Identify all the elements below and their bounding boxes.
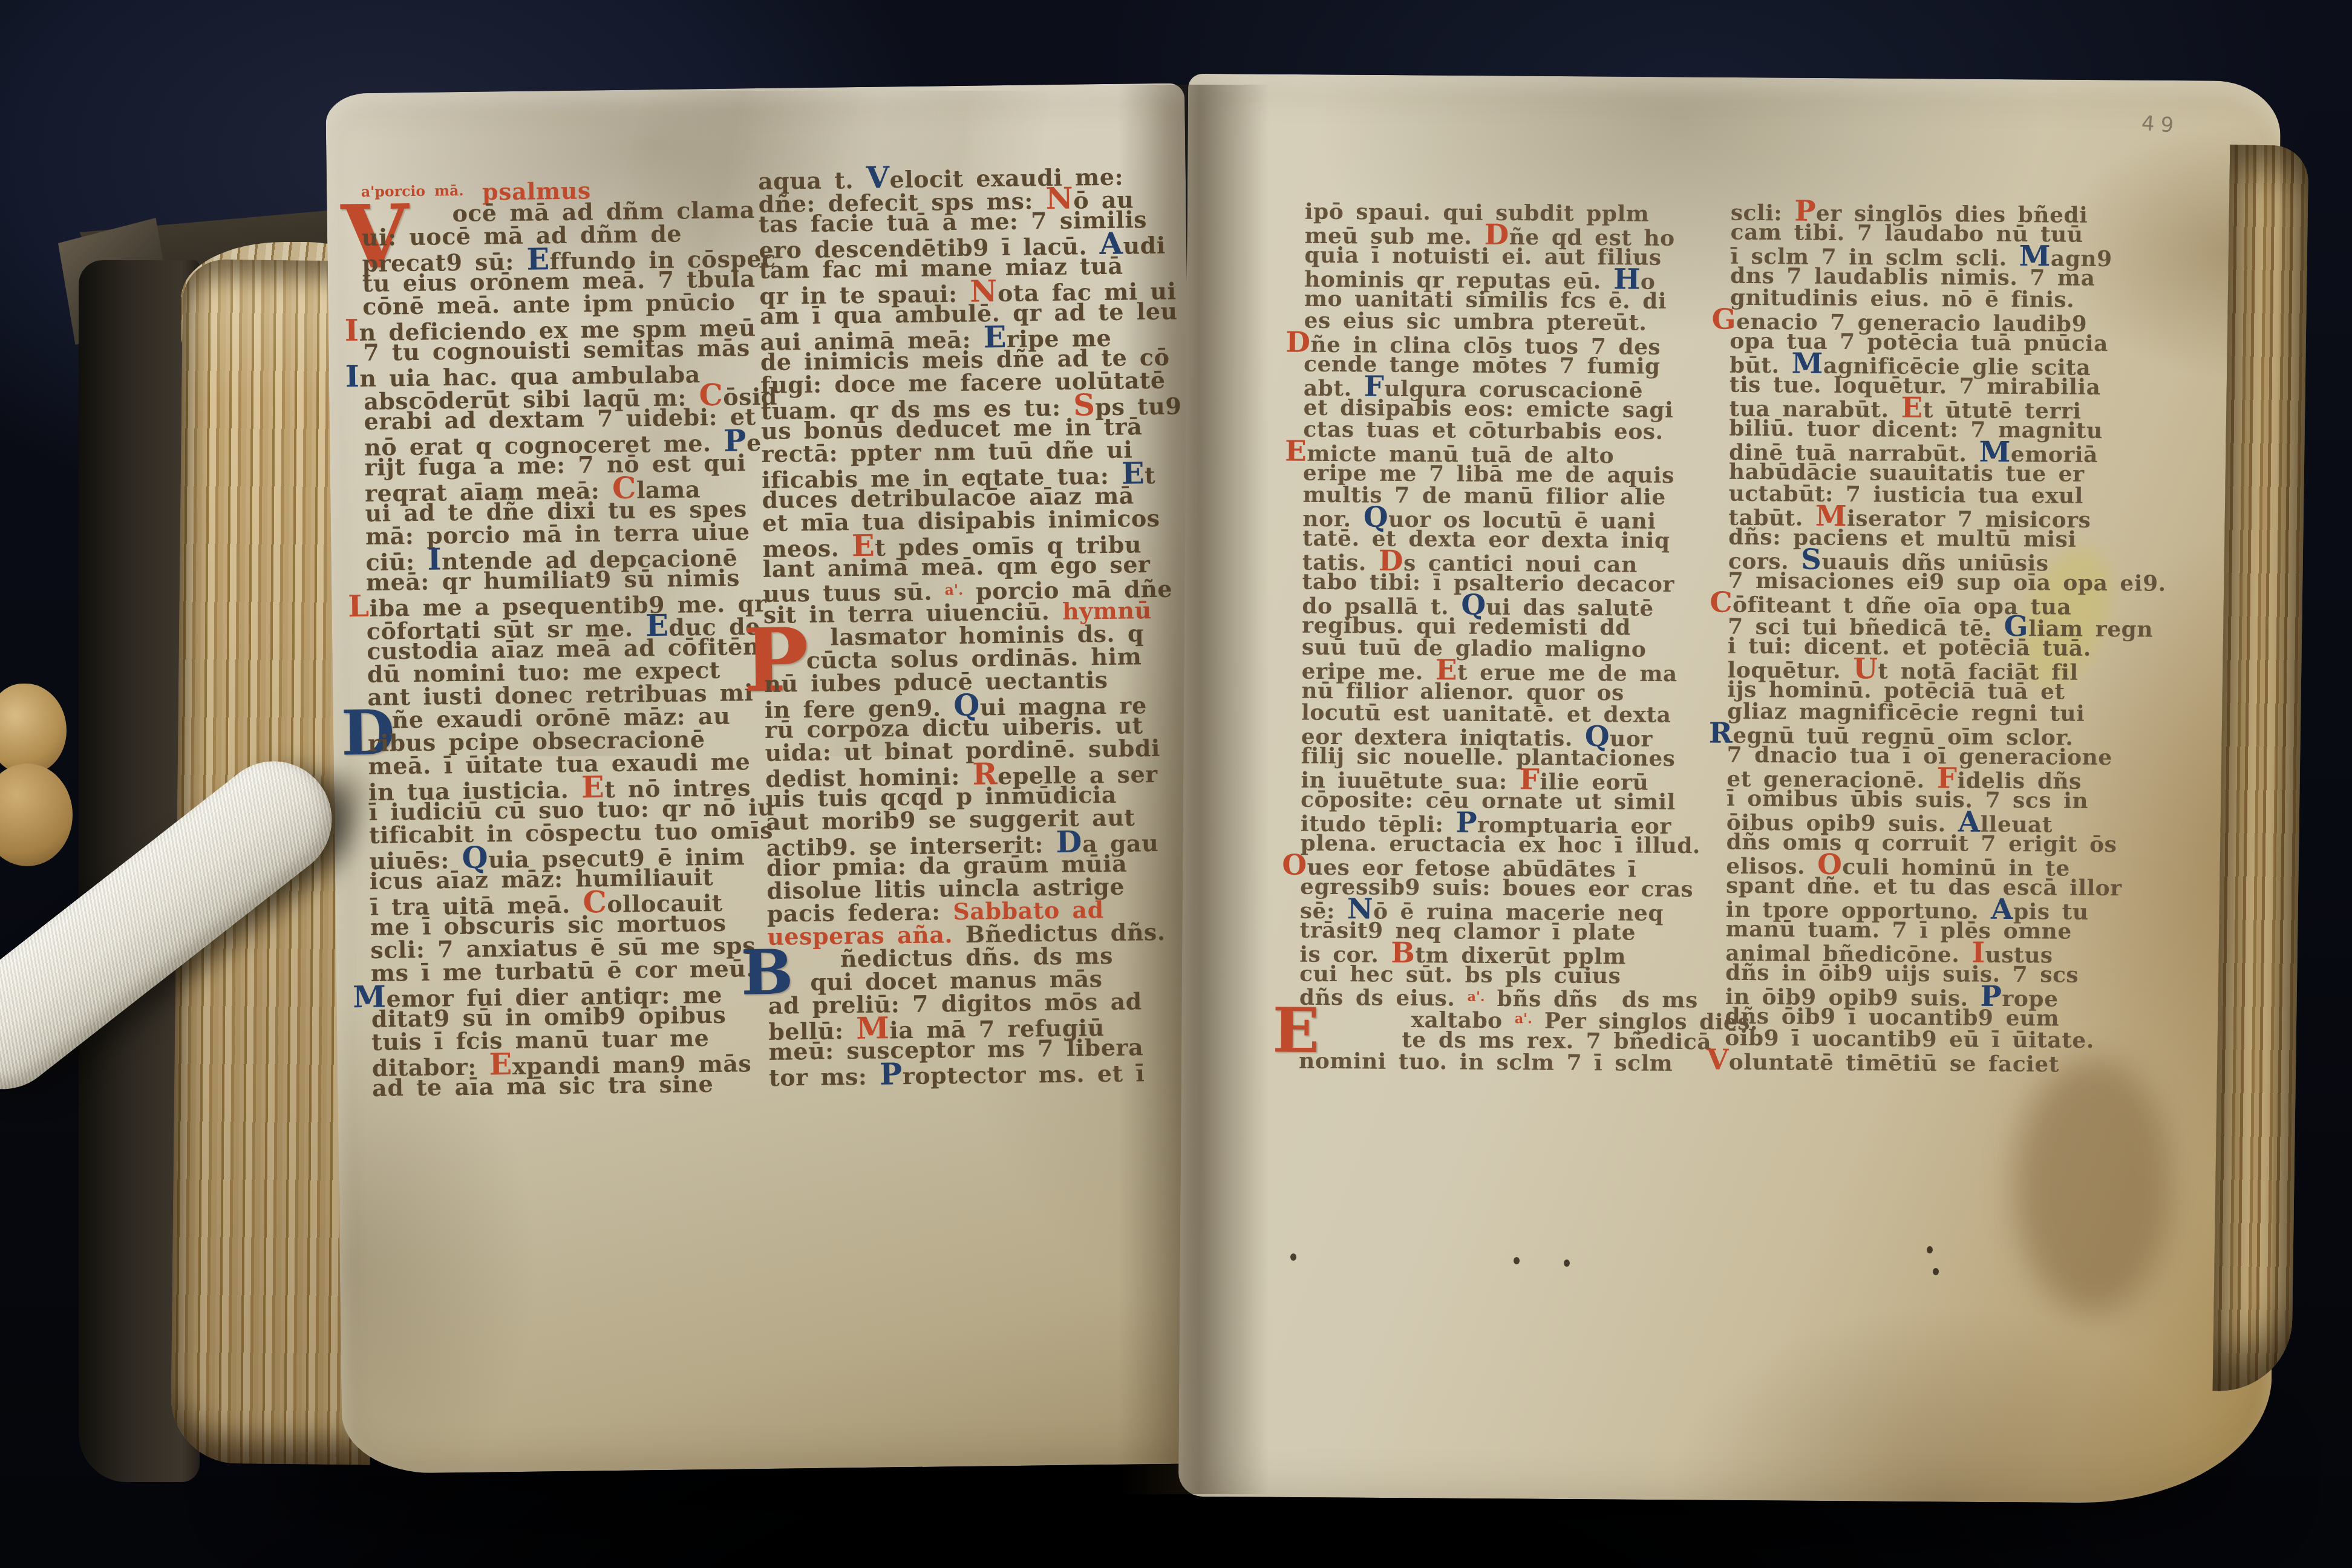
manuscript-line: habūdācie suauitatis tue er — [1729, 459, 2119, 483]
manuscript-text: nomini tuo. in sclm 7 ī sclm — [1299, 1048, 1673, 1076]
manuscript-column-3: ipō spaui. qui subdit pplmmeū sub me. Dñ… — [1299, 198, 1695, 1072]
manuscript-line: cors. Suauis dñs uniūsis — [1728, 546, 2118, 570]
manuscript-line: ōibus opib9 suis. Alleuat — [1726, 807, 2117, 832]
manuscript-line: et disipabis eos: emicte sagi — [1304, 394, 1694, 419]
manuscript-line: eor dextera iniqtatis. Quor — [1301, 721, 1691, 746]
manuscript-line: manū tuam. 7 ī plēs omne — [1725, 916, 2115, 941]
manuscript-line: suū tuū de gladio maligno — [1302, 634, 1692, 659]
manuscript-line: Cōfiteant t dñe oīa opa tua — [1728, 589, 2118, 614]
binding-knob-lower — [0, 763, 73, 866]
manuscript-line: es eius sic umbra ptereūt. — [1304, 307, 1694, 332]
manuscript-line: Oues eor fetose abūdātes ī — [1300, 852, 1690, 877]
manuscript-line: te ds ms rex. 7 bñedicā — [1299, 1026, 1689, 1051]
manuscript-line: eripe me. Et erue me de ma — [1302, 656, 1692, 681]
manuscript-line: gliaz magnificēcie regni tui — [1727, 698, 2117, 723]
manuscript-line: do psallā t. Qui das salutē — [1302, 590, 1692, 615]
manuscript-line: plena. eructacia ex hoc ī illud. — [1300, 830, 1690, 855]
manuscript-text: roptector ms. et ī — [903, 1059, 1145, 1089]
manuscript-line: abt. Fulgura coruscacionē — [1304, 373, 1694, 397]
manuscript-column-2: aqua t. Velocit exaudi me:dñe: defecit s… — [758, 160, 1160, 1084]
manuscript-line: dñs ōib9 ī uocantib9 eum — [1725, 1003, 2115, 1028]
manuscript-photo: { "palette":{ "background_cloth":"#0c0f1… — [0, 0, 2352, 1568]
manuscript-line: Regnū tuū regnū oīm sclor. — [1727, 720, 2117, 745]
manuscript-line: in tpore opportuno. Apis tu — [1726, 894, 2116, 919]
manuscript-line: uctabūt: 7 iusticia tua exul — [1729, 480, 2119, 505]
manuscript-line: cende tange mōtes 7 fumig — [1304, 351, 1694, 376]
manuscript-line: 7 sci tui bñedicā tē. Gliam regn — [1728, 611, 2118, 636]
manuscript-line: cui hec sūt. bs pls cuius — [1299, 961, 1690, 985]
folio-number: 49 — [2141, 111, 2181, 138]
manuscript-line: regibus. qui redemisti dd — [1302, 612, 1692, 637]
manuscript-line: sē: Nō ē ruina macerie neq — [1300, 895, 1690, 920]
manuscript-line: 7 dnacio tua ī oī generacione — [1727, 742, 2117, 766]
manuscript-line: ī omibus ūbis suis. 7 scs in — [1726, 785, 2117, 810]
manuscript-line: ōib9 ī uocantib9 eū ī ūitate. — [1725, 1025, 2115, 1050]
manuscript-line: animal bñedicōne. Iustus — [1725, 938, 2115, 962]
versal-initial: P — [880, 1056, 903, 1091]
worm-hole — [1290, 1253, 1296, 1261]
manuscript-line: et generacionē. Fidelis dñs — [1726, 763, 2117, 788]
manuscript-line: spant dñe. et tu das escā illor — [1726, 872, 2116, 897]
manuscript-line: gnitudinis eius. nō ē finis. — [1730, 284, 2120, 309]
binding-knob-upper — [0, 684, 67, 774]
worm-hole — [1564, 1259, 1570, 1267]
manuscript-line: mo uanitati similis fcs ē. di — [1304, 286, 1694, 310]
manuscript-line: Genacio 7 generacio laudib9 — [1730, 306, 2120, 331]
manuscript-text: a'. — [1515, 1011, 1532, 1027]
manuscript-line: in iuuētute sua: Filie eorū — [1301, 765, 1691, 789]
manuscript-line: opa tua 7 potēcia tuā pnūcia — [1730, 328, 2120, 353]
manuscript-line: dns 7 laudablis nimis. 7 ma — [1730, 263, 2120, 287]
manuscript-line: dñs: paciens et multū misi — [1728, 524, 2118, 549]
manuscript-line: cōposite: cēu ornate ut simil — [1301, 786, 1691, 811]
versal-initial: I — [344, 313, 359, 348]
manuscript-text: a'. — [1467, 989, 1485, 1005]
brown-stain — [2014, 1059, 2172, 1313]
manuscript-line: tatē. et dexta eor dexta iniq — [1302, 525, 1693, 550]
manuscript-line: meū sub me. Dñe qd est ho — [1305, 220, 1695, 245]
manuscript-line: ī sclm 7 in sclm scli. Magn9 — [1730, 241, 2120, 266]
manuscript-line: locutū est uanitatē. et dexta — [1301, 699, 1691, 724]
manuscript-line: Exaltabo a'. Per singlos dies. — [1299, 1004, 1689, 1029]
manuscript-line: dñs ds eius. a'. bñs dñs ds ms — [1299, 982, 1690, 1007]
manuscript-line: tis tue. loquētur. 7 mirabilia — [1730, 371, 2120, 396]
manuscript-line: scli: Per singlōs dies bñedi — [1731, 197, 2121, 222]
manuscript-line: in ōib9 opib9 suis. Prope — [1725, 981, 2115, 1006]
right-page-under-leaves — [2213, 145, 2309, 1392]
manuscript-line: tua narabūt. Et ūtutē terri — [1730, 393, 2120, 418]
manuscript-text: tor ms: — [769, 1063, 880, 1091]
manuscript-line: biliū. tuor dicent: 7 magnitu — [1729, 415, 2119, 440]
manuscript-line: tatis. Ds cantici noui can — [1302, 547, 1693, 572]
manuscript-line: dñs omīs q corruit 7 erigit ōs — [1726, 829, 2116, 854]
manuscript-line: tor ms: Proptector ms. et ī — [769, 1056, 1159, 1084]
manuscript-line: cam tibi. 7 laudabo nū tuū — [1731, 219, 2121, 244]
manuscript-text: ad te aīa mā sic tra sine — [372, 1070, 714, 1102]
manuscript-line: itudo tēpli: Promptuaria eor — [1301, 808, 1691, 833]
manuscript-line: multis 7 de manū filior alie — [1303, 482, 1693, 506]
manuscript-line: ctas tuas et cōturbabis eos. — [1303, 416, 1693, 441]
manuscript-line: eripe me 7 libā me de aquis — [1303, 460, 1693, 485]
manuscript-line: filij sic nouelle. plantaciones — [1301, 743, 1691, 768]
manuscript-line: būt. Magnificēcie glie scita — [1730, 350, 2120, 374]
manuscript-column-1: a'porcio mā. psalmusVocē mā ad dñm clama… — [361, 173, 763, 1097]
manuscript-line: i tui: dicent. et potēciā tuā. — [1728, 633, 2118, 658]
manuscript-line: dñs in ōib9 uijs suis. 7 scs — [1725, 959, 2115, 984]
manuscript-line: hominis qr reputas eū. Ho — [1304, 264, 1694, 289]
versal-initial: V — [1707, 1044, 1729, 1077]
manuscript-line: dinē tuā narrabūt. Memoriā — [1729, 437, 2119, 462]
manuscript-line: tabūt. Miserator 7 misicors — [1728, 502, 2118, 527]
manuscript-column-4: scli: Per singlōs dies bñedicam tibi. 7 … — [1725, 197, 2121, 1071]
manuscript-line: ijs hominū. potēciā tuā et — [1727, 676, 2117, 701]
manuscript-line: elisos. Oculi hominū in te — [1726, 851, 2116, 875]
manuscript-line: nū filior alienor. quor os — [1301, 678, 1691, 702]
worm-hole — [1514, 1257, 1520, 1264]
manuscript-line: Emicte manū tuā de alto — [1303, 438, 1693, 463]
manuscript-line: Dñe in clina clōs tuos 7 des — [1304, 329, 1694, 354]
manuscript-text: oluntatē timētiū se faciet — [1729, 1050, 2059, 1077]
worm-hole — [1933, 1268, 1939, 1275]
manuscript-text: a'. — [944, 581, 963, 598]
versal-initial: I — [345, 359, 359, 394]
gutter-shadow — [1118, 85, 1269, 1494]
manuscript-line: nomini tuo. in sclm 7 ī sclm — [1299, 1048, 1689, 1073]
manuscript-line: nor. Quor os locutū ē uani — [1302, 503, 1693, 528]
manuscript-line: tabo tibi: ī psalterio decacor — [1302, 569, 1693, 593]
worm-hole — [1927, 1246, 1933, 1253]
manuscript-line: Voluntatē timētiū se faciet — [1725, 1047, 2115, 1071]
manuscript-line: loquētur. Ut notā faciāt fil — [1728, 655, 2118, 679]
manuscript-line: trāsit9 neq clamor ī plate — [1299, 917, 1690, 942]
manuscript-line: ad te aīa mā sic tra sine — [372, 1070, 762, 1097]
manuscript-line: 7 misaciones ei9 sup oīa opa ei9. — [1728, 567, 2118, 592]
manuscript-line: is cor. Btm dixerūt pplm — [1299, 939, 1690, 964]
